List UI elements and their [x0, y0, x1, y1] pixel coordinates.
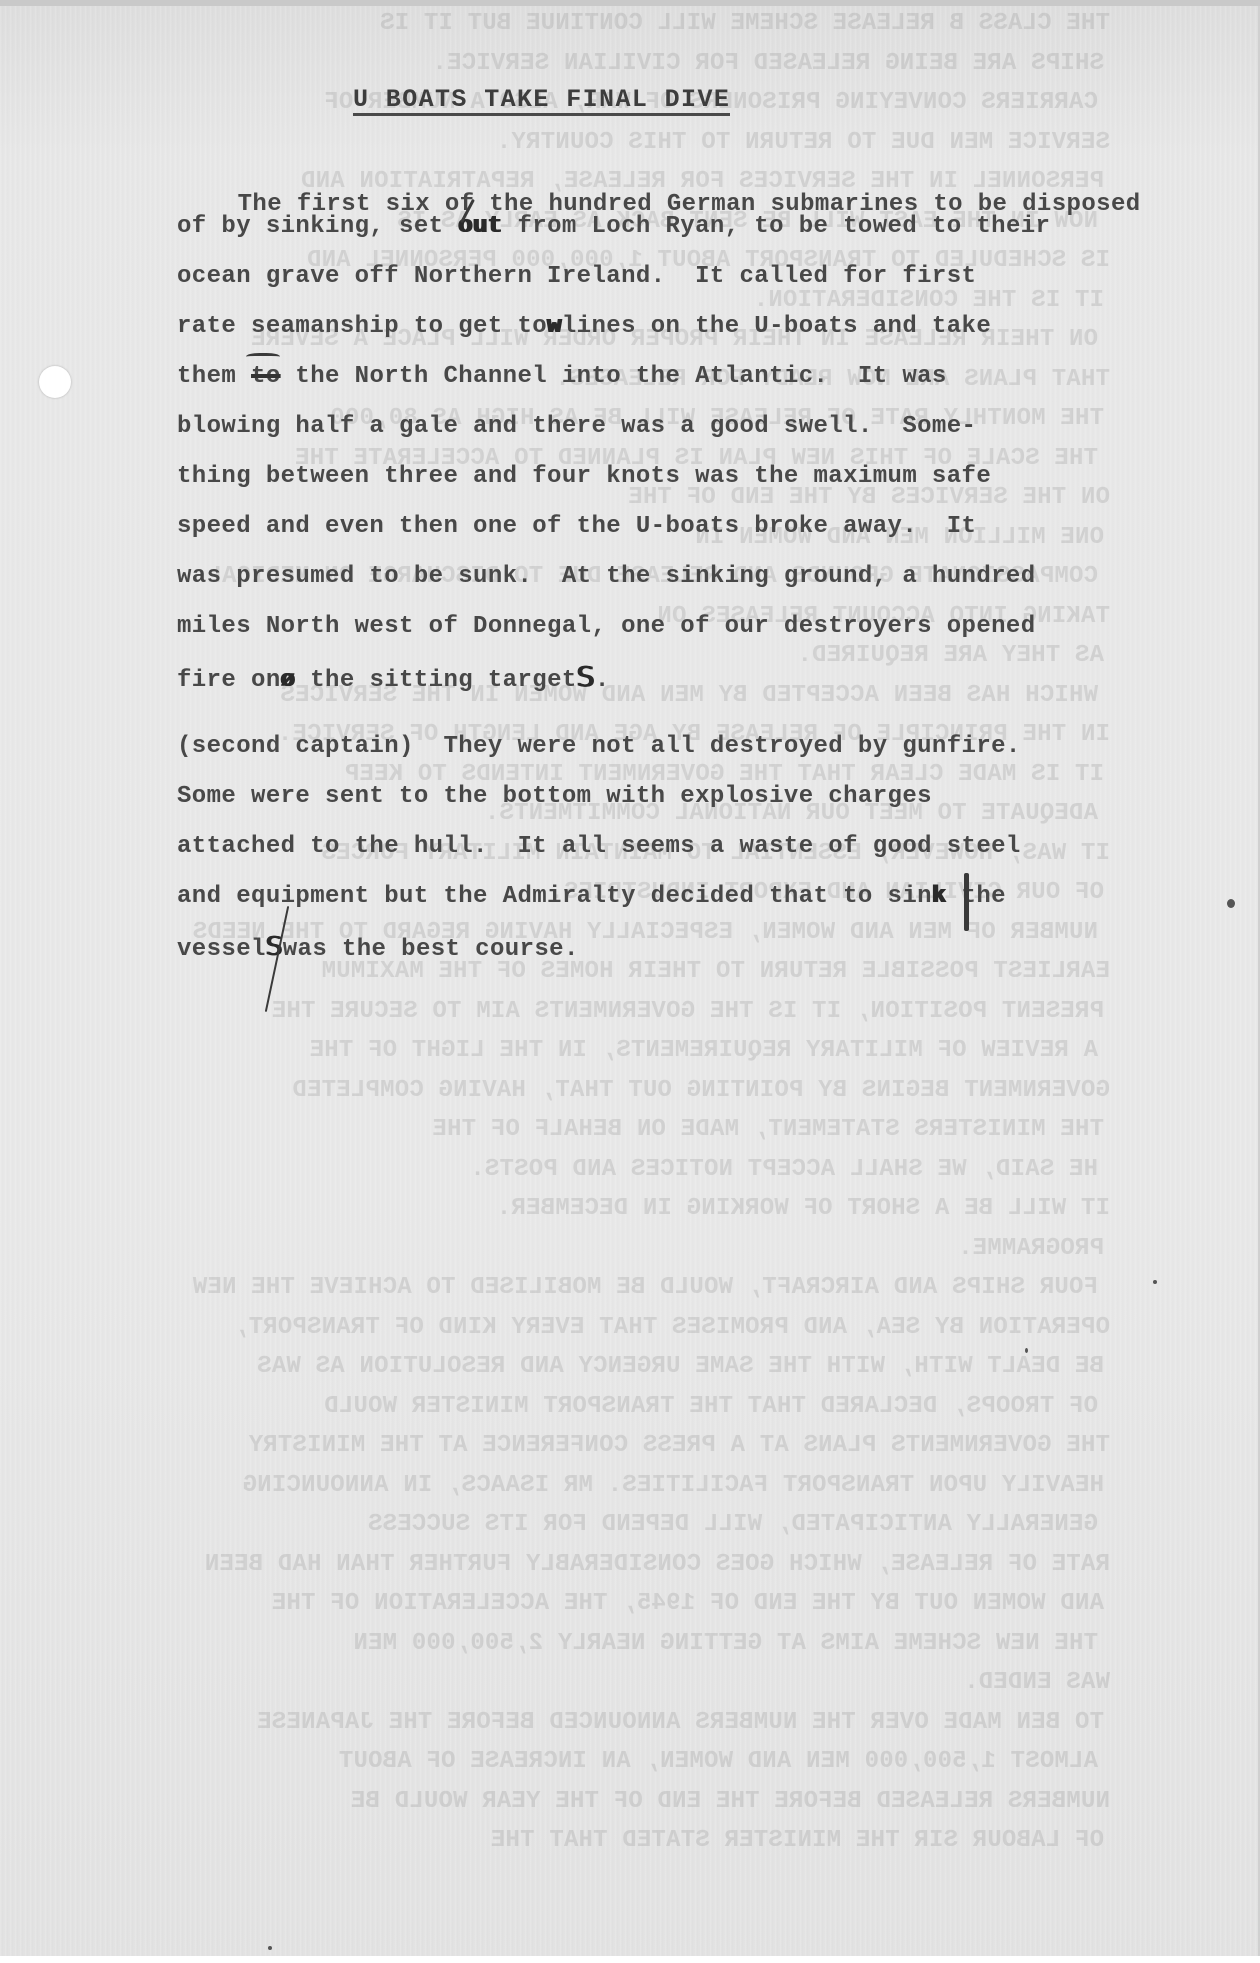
line-text: vessel	[177, 936, 266, 963]
line-text: ocean grave off Northern Ireland. It cal…	[177, 263, 976, 290]
line-text: (second captain) They were not all destr…	[177, 733, 1021, 760]
line-text: Some were sent to the bottom with explos…	[177, 783, 932, 810]
struck-letter: ø	[281, 667, 296, 694]
line-text: the	[947, 883, 1006, 910]
line-text: lines on the U-boats and take	[562, 313, 991, 340]
line-text: fire on	[177, 667, 281, 694]
text-line: of by sinking, set out from Loch Ryan, t…	[177, 213, 1050, 241]
document-page	[0, 0, 1260, 1956]
text-line: ocean grave off Northern Ireland. It cal…	[177, 263, 976, 291]
text-line: The first six of the hundred German subm…	[208, 163, 1141, 219]
text-line: fire onø the sitting targetS.	[177, 663, 610, 695]
handwritten-correction: S	[577, 660, 595, 693]
line-text: of by sinking, set	[177, 213, 458, 240]
ink-speck	[1227, 899, 1235, 908]
ink-speck	[1153, 1280, 1157, 1284]
hole-punch	[39, 366, 71, 398]
line-text: miles North west of Donnegal, one of our…	[177, 613, 1036, 640]
pen-correction-mark	[964, 873, 969, 931]
text-line: blowing half a gale and there was a good…	[177, 413, 976, 441]
ink-speck	[1025, 1348, 1028, 1353]
pen-correction-mark	[246, 353, 280, 362]
overtyped-correction: k	[932, 883, 947, 910]
line-text: attached to the hull. It all seems a was…	[177, 833, 1021, 860]
line-text: rate seamanship to get to	[177, 313, 547, 340]
text-line: miles North west of Donnegal, one of our…	[177, 613, 1036, 641]
text-line: (second captain) They were not all destr…	[177, 733, 1021, 761]
ink-speck	[268, 1946, 272, 1950]
line-text: the North Channel into the Atlantic. It …	[281, 363, 947, 390]
text-line: vesselSwas the best course.	[177, 933, 579, 964]
line-text: blowing half a gale and there was a good…	[177, 413, 976, 440]
line-text: them	[177, 363, 251, 390]
document-title: U BOATS TAKE FINAL DIVE	[353, 88, 730, 116]
text-line: them to the North Channel into the Atlan…	[177, 363, 947, 391]
text-line: speed and even then one of the U-boats b…	[177, 513, 976, 541]
line-text: speed and even then one of the U-boats b…	[177, 513, 976, 540]
overtyped-correction: w	[547, 313, 562, 340]
text-line: thing between three and four knots was t…	[177, 463, 991, 491]
text-line: was presumed to be sunk. At the sinking …	[177, 563, 1036, 591]
line-text: was presumed to be sunk. At the sinking …	[177, 563, 1036, 590]
line-text: was the best course.	[283, 936, 579, 963]
line-text: from Loch Ryan, to be towed to their	[503, 213, 1051, 240]
line-text: thing between three and four knots was t…	[177, 463, 991, 490]
text-line: attached to the hull. It all seems a was…	[177, 833, 1021, 861]
text-line: and equipment but the Admiralty decided …	[177, 883, 1006, 911]
line-text: .	[595, 667, 610, 694]
line-text: the sitting target	[295, 667, 576, 694]
line-text: and equipment but the Admiralty decided …	[177, 883, 932, 910]
struck-out-word: to	[251, 363, 281, 390]
page-top-edge	[0, 0, 1260, 6]
text-line: rate seamanship to get towlines on the U…	[177, 313, 991, 341]
text-line: Some were sent to the bottom with explos…	[177, 783, 932, 811]
